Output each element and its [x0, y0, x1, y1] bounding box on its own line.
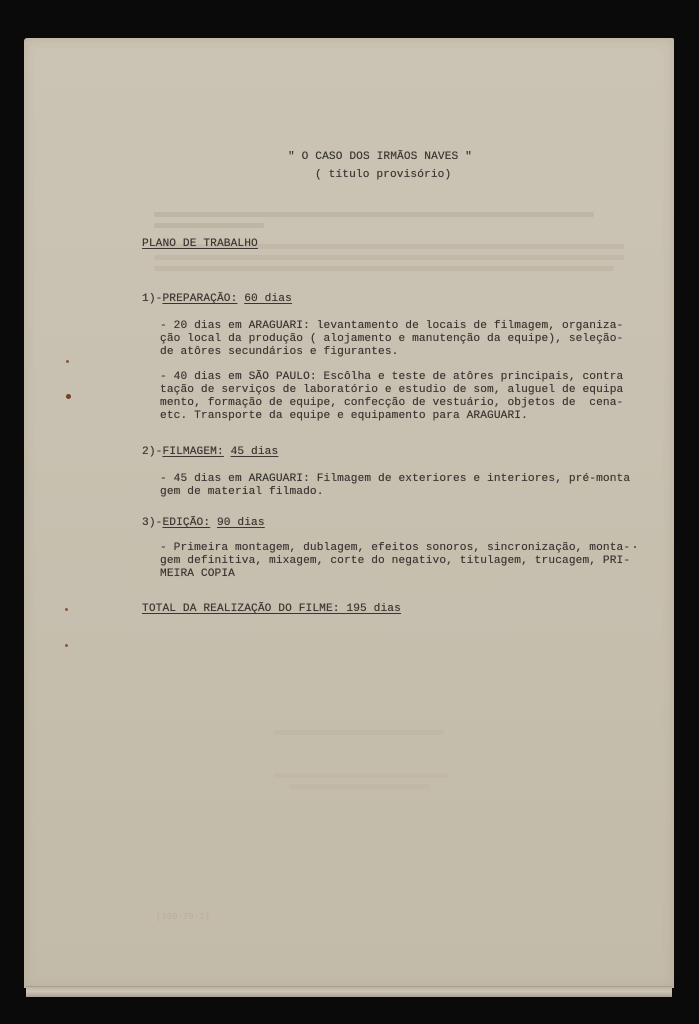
- bleed-through-text: [154, 255, 624, 260]
- rust-spot: [65, 644, 68, 647]
- phase-space: [224, 446, 231, 458]
- archive-mark: (100-79-1): [156, 912, 210, 922]
- bleed-through-text: [289, 784, 429, 789]
- text-line: MEIRA COPIA: [160, 568, 235, 581]
- text-line: etc. Transporte da equipe e equipamento …: [160, 410, 528, 423]
- text-line: de atôres secundários e figurantes.: [160, 346, 398, 359]
- phase-duration: 60 dias: [244, 293, 292, 305]
- rust-spot: [634, 546, 636, 548]
- phase-duration: 90 dias: [217, 517, 265, 529]
- phase-name: FILMAGEM:: [162, 446, 223, 458]
- phase-name: EDIÇÃO:: [162, 517, 210, 529]
- phase-heading-preparacao: 1)-PREPARAÇÃO: 60 dias: [142, 293, 292, 306]
- total-duration-line: TOTAL DA REALIZAÇÃO DO FILME: 195 dias: [142, 603, 401, 616]
- text-line: - 45 dias em ARAGUARI: Filmagem de exter…: [160, 473, 630, 486]
- rust-spot: [65, 608, 68, 611]
- text-line: tação de serviços de laboratório e estud…: [160, 384, 623, 397]
- phase-number: 3)-: [142, 517, 162, 529]
- document-page: (100-79-1) " O CASO DOS IRMÃOS NAVES " (…: [24, 38, 674, 988]
- rust-spot: [66, 360, 69, 363]
- bleed-through-text: [154, 223, 264, 228]
- phase-name: PREPARAÇÃO:: [162, 293, 237, 305]
- phase-number: 2)-: [142, 446, 162, 458]
- phase-number: 1)-: [142, 293, 162, 305]
- text-line: - 20 dias em ARAGUARI: levantamento de l…: [160, 320, 623, 333]
- text-line: ção local da produção ( alojamento e man…: [160, 333, 623, 346]
- text-line: gem de material filmado.: [160, 486, 324, 499]
- document-subtitle: ( título provisório): [315, 169, 451, 182]
- phase-heading-filmagem: 2)-FILMAGEM: 45 dias: [142, 446, 278, 459]
- text-line: - Primeira montagem, dublagem, efeitos s…: [160, 542, 630, 555]
- text-line: mento, formação de equipe, confecção de …: [160, 397, 623, 410]
- phase-heading-edicao: 3)-EDIÇÃO: 90 dias: [142, 517, 265, 530]
- rust-spot: [66, 394, 71, 399]
- page-stack-edge: [26, 986, 672, 997]
- bleed-through-text: [274, 773, 449, 778]
- bleed-through-text: [154, 212, 594, 217]
- phase-duration: 45 dias: [231, 446, 279, 458]
- text-line: gem definitiva, mixagem, corte do negati…: [160, 555, 630, 568]
- section-heading: PLANO DE TRABALHO: [142, 238, 258, 251]
- bleed-through-text: [154, 266, 614, 271]
- document-title: " O CASO DOS IRMÃOS NAVES ": [288, 151, 472, 164]
- bleed-through-text: [274, 730, 444, 735]
- text-line: - 40 dias em SÃO PAULO: Escôlha e teste …: [160, 371, 623, 384]
- phase-space: [210, 517, 217, 529]
